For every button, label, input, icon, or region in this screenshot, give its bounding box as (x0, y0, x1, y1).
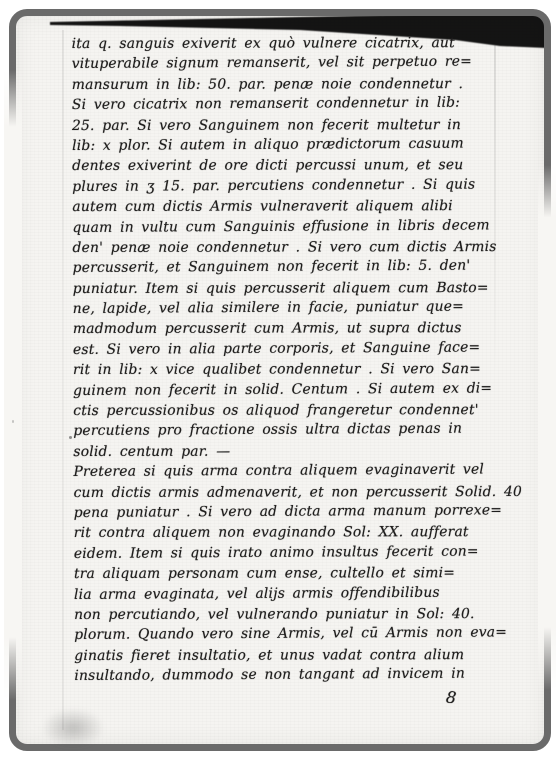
text-line: autem cum dictis Armis vulneraverit aliq… (72, 196, 524, 217)
text-line: plures in ʒ 15. par. percutiens condenne… (72, 174, 524, 197)
text-line: pena puniatur . Si vero ad dicta arma ma… (74, 500, 526, 523)
text-line: plorum. Quando vero sine Armis, vel cū A… (74, 623, 526, 646)
text-line: rit in lib: x vice qualibet condennetur … (73, 359, 525, 380)
manuscript-text: ita q. sanguis exiverit ex quò vulnere c… (72, 32, 531, 686)
text-line: est. Si vero in alia parte corporis, et … (73, 337, 525, 360)
page-number: 8 (445, 688, 457, 708)
text-line: percutiens pro fractione ossis ultra dic… (73, 419, 525, 442)
text-line: eidem. Item si quis irato animo insultus… (74, 541, 526, 564)
text-line: insultando, dummodo se non tangant ad in… (74, 663, 526, 686)
text-line: dentes exiverint de ore dicti percussi u… (72, 155, 524, 176)
text-line: quam in vultu cum Sanguinis effusione in… (72, 215, 524, 238)
text-line: rit contra aliquem non evaginando Sol: X… (74, 522, 526, 543)
text-line: Preterea si quis arma contra aliquem eva… (73, 459, 525, 482)
text-line: tra aliquam personam cum ense, cultello … (74, 563, 526, 584)
text-line: lia arma evaginata, vel alijs armis offe… (74, 582, 526, 605)
scanned-manuscript: ita q. sanguis exiverit ex quò vulnere c… (0, 0, 560, 760)
text-line: madmodum percusserit cum Armis, ut supra… (73, 318, 525, 339)
text-line: percusserit, et Sanguinem non fecerit in… (73, 256, 525, 279)
text-line: Si vero cicatrix non remanserit condenne… (72, 92, 524, 115)
text-line: vituperabile signum remanserit, vel sit … (72, 52, 524, 75)
text-line: guinem non fecerit in solid. Centum . Si… (73, 378, 525, 401)
text-line: lib: x plor. Si autem in aliquo prædicto… (72, 133, 524, 156)
text-line: ne, lapide, vel alia similere in facie, … (73, 296, 525, 319)
